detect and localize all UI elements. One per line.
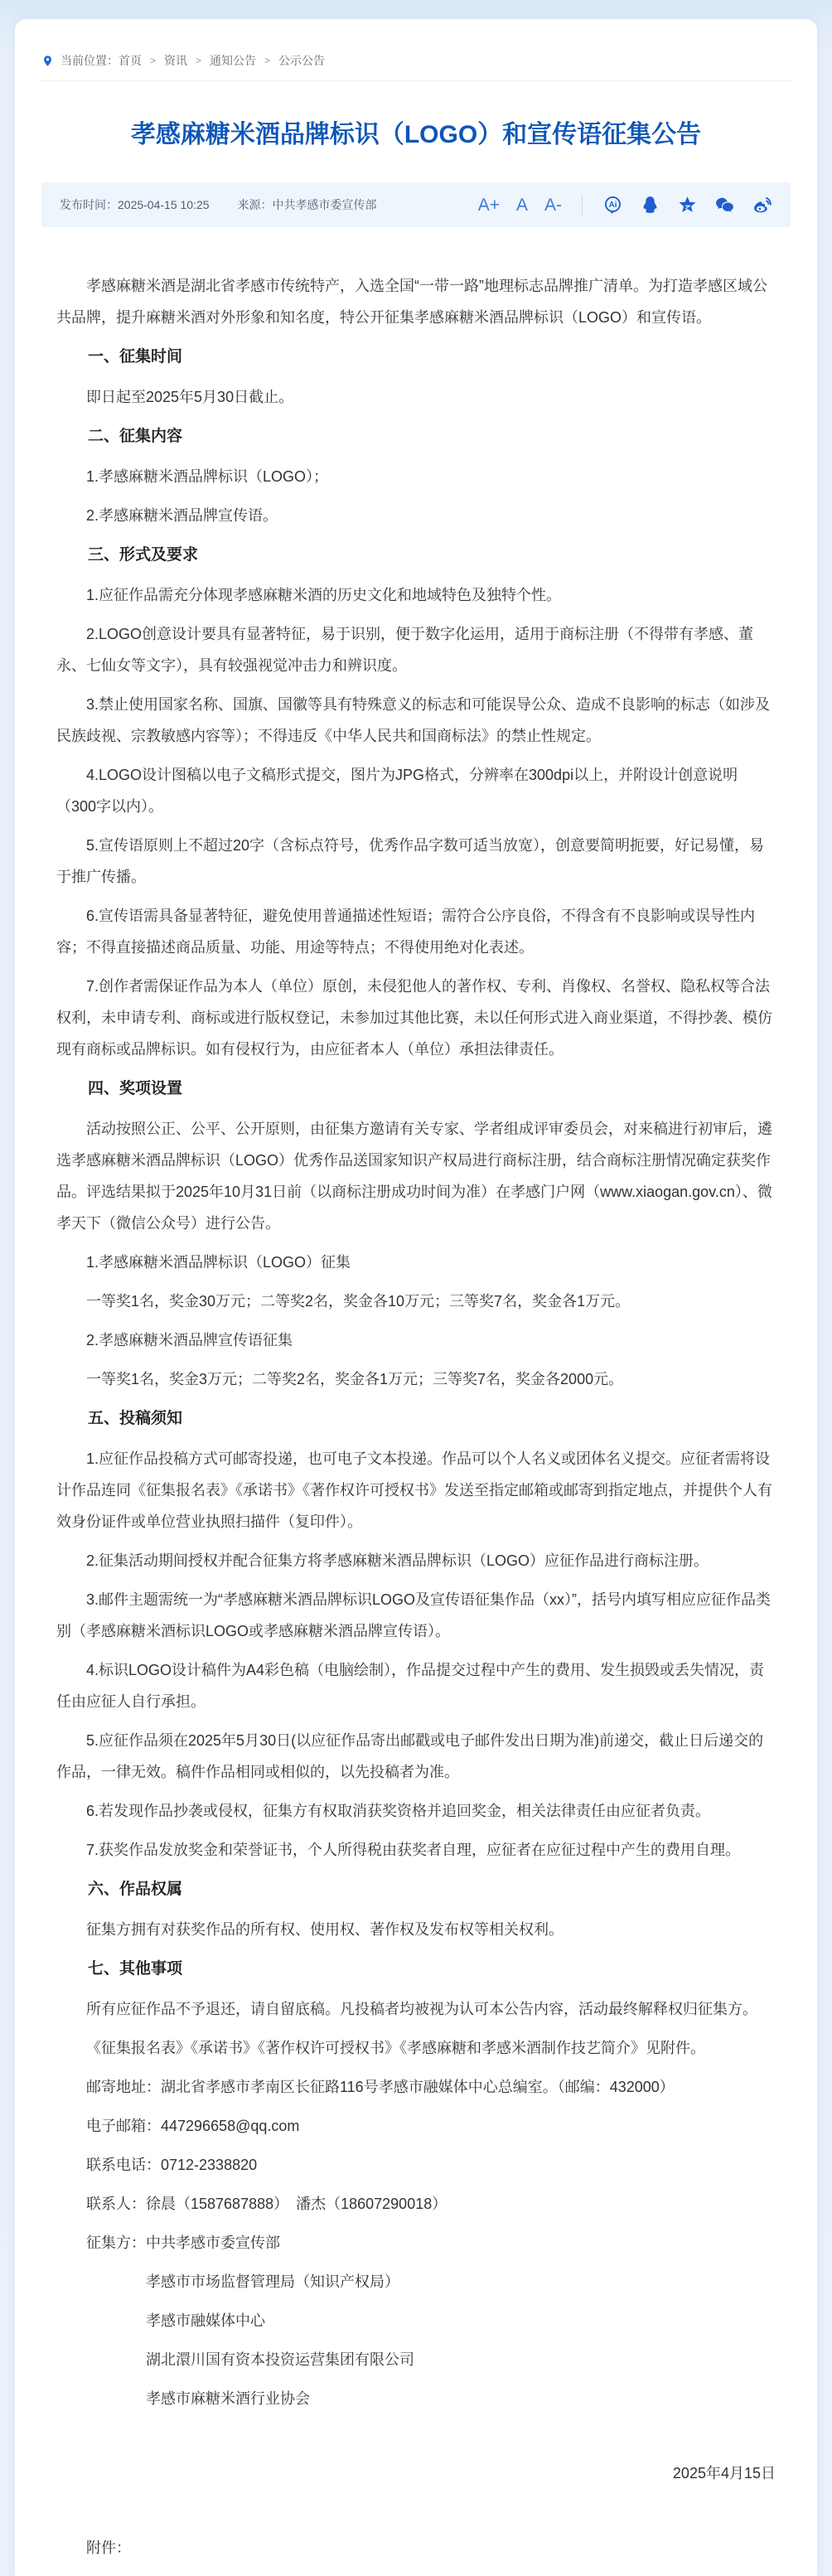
breadcrumb-item-news[interactable]: 资讯 (164, 52, 187, 69)
publish-time: 发布时间：2025-04-15 10:25 (60, 196, 210, 213)
article-paragraph: 联系人：徐晨（1587687888） 潘杰（18607290018） (56, 2188, 776, 2220)
article-paragraph: 1.孝感麻糖米酒品牌标识（LOGO）； (56, 461, 776, 492)
article-paragraph: 1.应征作品需充分体现孝感麻糖米酒的历史文化和地域特色及独特个性。 (56, 579, 776, 611)
article-paragraph: 一等奖1名，奖金30万元；二等奖2名，奖金各10万元；三等奖7名，奖金各1万元。 (56, 1286, 776, 1317)
section-heading: 六、作品权属 (56, 1874, 776, 1905)
sign-date: 2025年4月15日 (56, 2457, 776, 2489)
article-paragraph: 2.征集活动期间授权并配合征集方将孝感麻糖米酒品牌标识（LOGO）应征作品进行商… (56, 1545, 776, 1576)
toolbar-divider (582, 195, 583, 215)
article-paragraph: 孝感市市场监督管理局（知识产权局） (56, 2266, 776, 2298)
section-heading: 四、奖项设置 (56, 1073, 776, 1105)
ai-reader-icon[interactable]: Ai (602, 195, 623, 215)
article-paragraph: 2.孝感麻糖米酒品牌宣传语。 (56, 500, 776, 531)
page-background: { "page": { "background": "#e9f1fb", "ca… (0, 0, 832, 2576)
section-heading: 七、其他事项 (56, 1954, 776, 1985)
article-source: 来源：中共孝感市委宣传部 (238, 196, 377, 213)
article-paragraph: 5.应征作品须在2025年5月30日(以应征作品寄出邮戳或电子邮件发出日期为准)… (56, 1725, 776, 1788)
article-paragraph: 1.孝感麻糖米酒品牌标识（LOGO）征集 (56, 1247, 776, 1278)
article-paragraph: 1.应征作品投稿方式可邮寄投递，也可电子文本投递。作品可以个人名义或团体名义提交… (56, 1443, 776, 1537)
breadcrumb-separator: > (150, 55, 156, 66)
article-paragraph: 孝感麻糖米酒是湖北省孝感市传统特产，入选全国“一带一路”地理标志品牌推广清单。为… (56, 270, 776, 333)
article-paragraph: 7.获奖作品发放奖金和荣誉证书，个人所得税由获奖者自理，应征者在应征过程中产生的… (56, 1834, 776, 1866)
article-paragraph: 电子邮箱：447296658@qq.com (56, 2110, 776, 2142)
qq-share-icon[interactable] (640, 195, 660, 215)
section-heading: 三、形式及要求 (56, 540, 776, 571)
breadcrumb: 当前位置： 首页 > 资讯 > 通知公告 > 公示公告 (41, 52, 791, 69)
breadcrumb-separator: > (264, 55, 270, 66)
breadcrumb-divider (41, 80, 791, 81)
article-meta-info: 发布时间：2025-04-15 10:25 来源：中共孝感市委宣传部 (60, 196, 377, 213)
article-paragraph: 3.禁止使用国家名称、国旗、国徽等具有特殊意义的标志和可能误导公众、造成不良影响… (56, 689, 776, 752)
article-paragraph: 孝感市融媒体中心 (56, 2305, 776, 2336)
article-toolbar: A+ A A- Ai (478, 195, 772, 215)
content-card: 当前位置： 首页 > 资讯 > 通知公告 > 公示公告 孝感麻糖米酒品牌标识（L… (15, 19, 817, 2576)
article-paragraph: 3.邮件主题需统一为“孝感麻糖米酒品牌标识LOGO及宣传语征集作品（xx）”，括… (56, 1584, 776, 1647)
breadcrumb-item-public-announcements[interactable]: 公示公告 (278, 52, 325, 69)
breadcrumb-separator: > (196, 55, 201, 66)
article-paragraph: 即日起至2025年5月30日截止。 (56, 381, 776, 413)
article-paragraph: 一等奖1名，奖金3万元；二等奖2名，奖金各1万元；三等奖7名，奖金各2000元。 (56, 1363, 776, 1395)
section-heading: 五、投稿须知 (56, 1403, 776, 1435)
page-title: 孝感麻糖米酒品牌标识（LOGO）和宣传语征集公告 (50, 118, 782, 153)
article-paragraph: 4.标识LOGO设计稿件为A4彩色稿（电脑绘制），作品提交过程中产生的费用、发生… (56, 1654, 776, 1717)
section-heading: 二、征集内容 (56, 421, 776, 453)
wechat-share-icon[interactable] (714, 195, 735, 215)
article-paragraph: 征集方：中共孝感市委宣传部 (56, 2227, 776, 2259)
article-paragraph: 孝感市麻糖米酒行业协会 (56, 2383, 776, 2414)
font-size-normal-button[interactable]: A (516, 196, 528, 214)
location-pin-icon (41, 55, 54, 67)
article-paragraph: 征集方拥有对获奖作品的所有权、使用权、著作权及发布权等相关权利。 (56, 1914, 776, 1945)
article-paragraph: 5.宣传语原则上不超过20字（含标点符号，优秀作品字数可适当放宽），创意要简明扼… (56, 830, 776, 893)
section-heading: 一、征集时间 (56, 341, 776, 373)
article-paragraph: 6.宣传语需具备显著特征，避免使用普通描述性短语；需符合公序良俗，不得含有不良影… (56, 900, 776, 963)
article-paragraph: 2.孝感麻糖米酒品牌宣传语征集 (56, 1324, 776, 1356)
weibo-share-icon[interactable] (752, 195, 772, 215)
qzone-share-icon[interactable] (677, 195, 698, 215)
font-size-increase-button[interactable]: A+ (478, 196, 500, 214)
attachment-label: 附件： (56, 2532, 776, 2564)
breadcrumb-item-notices[interactable]: 通知公告 (210, 52, 256, 69)
breadcrumb-item-home[interactable]: 首页 (119, 52, 142, 69)
article-paragraph: 《征集报名表》《承诺书》《著作权许可授权书》《孝感麻糖和孝感米酒制作技艺简介》见… (56, 2032, 776, 2064)
article-paragraph: 邮寄地址：湖北省孝感市孝南区长征路116号孝感市融媒体中心总编室。（邮编：432… (56, 2071, 776, 2103)
article-paragraph: 所有应征作品不予退还，请自留底稿。凡投稿者均被视为认可本公告内容，活动最终解释权… (56, 1993, 776, 2025)
breadcrumb-label: 当前位置： (60, 52, 119, 69)
article-meta-bar: 发布时间：2025-04-15 10:25 来源：中共孝感市委宣传部 A+ A … (41, 182, 791, 227)
article-body: 孝感麻糖米酒是湖北省孝感市传统特产，入选全国“一带一路”地理标志品牌推广清单。为… (41, 270, 791, 2414)
article-paragraph: 联系电话：0712-2338820 (56, 2149, 776, 2181)
article-paragraph: 活动按照公正、公平、公开原则，由征集方邀请有关专家、学者组成评审委员会，对来稿进… (56, 1113, 776, 1239)
article-paragraph: 7.创作者需保证作品为本人（单位）原创，未侵犯他人的著作权、专利、肖像权、名誉权… (56, 971, 776, 1065)
article-paragraph: 2.LOGO创意设计要具有显著特征，易于识别，便于数字化运用，适用于商标注册（不… (56, 618, 776, 681)
article-paragraph: 6.若发现作品抄袭或侵权，征集方有权取消获奖资格并追回奖金，相关法律责任由应征者… (56, 1795, 776, 1827)
svg-text:Ai: Ai (609, 201, 617, 210)
font-size-decrease-button[interactable]: A- (544, 196, 562, 214)
article-paragraph: 4.LOGO设计图稿以电子文稿形式提交，图片为JPG格式，分辨率在300dpi以… (56, 759, 776, 822)
article-paragraph: 湖北澴川国有资本投资运营集团有限公司 (56, 2344, 776, 2375)
